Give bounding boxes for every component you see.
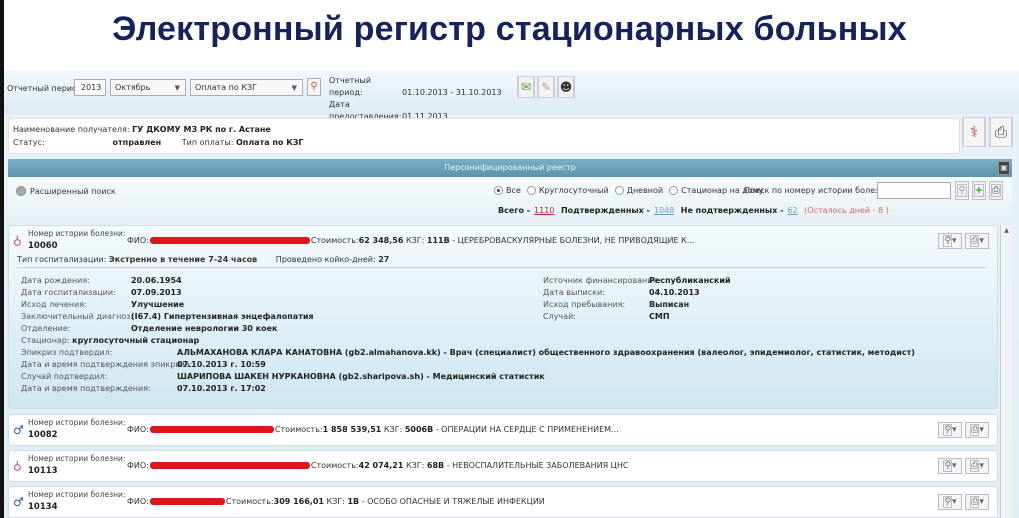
cost-label: Стоимость: [311, 236, 359, 245]
report-actions: ⚕ ⎙ [962, 117, 1013, 147]
view-dropdown-button[interactable]: ⚲▾ [938, 233, 962, 249]
record-summary: ФИО: Стоимость:62 348,56 КЗГ: 111В - ЦЕР… [127, 236, 694, 245]
history-label: Номер истории болезни: [28, 490, 125, 499]
records-list: ⚲ Номер истории болезни: 10060 ФИО: Стои… [8, 225, 998, 518]
cost-value: 42 074,21 [359, 461, 404, 470]
app-window: Отчетный период: 2013 Октябрь ▼ Оплата п… [4, 70, 1019, 518]
printer-icon: ⎙ [970, 235, 979, 247]
slide-title: Электронный регистр стационарных больных [0, 10, 1019, 49]
history-label: Номер истории болезни: [28, 454, 125, 463]
stationary-row: Стационар: круглосуточный стационар [21, 336, 199, 345]
male-icon: ♂ [13, 423, 24, 437]
register-header: Персонифицированный реестр ▣ [8, 159, 1012, 177]
plus-icon: + [974, 184, 984, 197]
record-card[interactable]: ⚲ Номер истории болезни: 10113 ФИО: Стои… [8, 450, 998, 482]
male-icon: ♂ [13, 495, 24, 509]
days-left: (Осталось дней - 8 ) [804, 206, 889, 215]
search-icon: ⚲ [957, 184, 966, 197]
paperclip-icon: ✎ [538, 76, 554, 98]
hosp-type-label: Тип госпитализации: [17, 255, 106, 264]
printer-icon: ⎙ [991, 184, 1001, 197]
search-icon: ⚲ [310, 81, 317, 92]
detail-row: Дата выписки:04.10.2013 [543, 288, 700, 297]
unconfirmed-label: Не подтвержденных - [681, 206, 784, 215]
detail-label: Дата госпитализации: [21, 288, 131, 297]
report-period-value: 01.10.2013 - 31.10.2013 [402, 88, 502, 97]
stationary-label: Стационар: [21, 336, 70, 345]
radio-day[interactable]: Дневной [615, 186, 663, 195]
radio-dot [615, 186, 624, 195]
chevron-down-icon: ▼ [175, 84, 180, 92]
advanced-search-label: Расширенный поиск [30, 187, 116, 196]
toolbar-actions: ✉ ✎ ☻ [517, 76, 575, 98]
printer-icon: ⎙ [990, 117, 1012, 147]
confirmation-value: 07.10.2013 г. 10:59 [177, 360, 266, 369]
filter-bar: Расширенный поиск Все Круглосуточный Дне… [8, 177, 1012, 223]
record-card[interactable]: ♂ Номер истории болезни: 10134 ФИО: Стои… [8, 486, 998, 518]
stationary-value: круглосуточный стационар [72, 336, 199, 345]
filter-actions: ⚲ + ⎙ [955, 181, 1003, 200]
printer-icon: ⎙ [970, 496, 979, 508]
detail-value: Выписан [649, 300, 689, 309]
detail-label: Исход пребывания: [543, 300, 649, 309]
record-actions: ⚲▾ ⎙▾ [938, 422, 989, 438]
kzg-code: 68В [427, 461, 444, 470]
print-button[interactable]: ⎙ [989, 181, 1003, 200]
records-scrollbar[interactable]: ▲ [1000, 225, 1012, 518]
detail-label: Отделение: [21, 324, 131, 333]
cost-value: 62 348,56 [359, 236, 404, 245]
detail-value: Республиканский [649, 276, 731, 285]
history-number: 10082 [28, 430, 58, 440]
confirmation-label: Дата и время подтверждения: [21, 384, 177, 393]
detail-row: Исход лечения:Улучшение [21, 300, 184, 309]
detail-row: Источник финансирования:Республиканский [543, 276, 731, 285]
report-period-label: Отчетный период: [329, 75, 402, 99]
detail-row: Заключительный диагноз:(I67.4) Гипертенз… [21, 312, 314, 321]
detail-row: Отделение:Отделение неврологии 30 коек [21, 324, 277, 333]
kzg-code: 5006В [405, 425, 433, 434]
kzg-description: - ОСОБО ОПАСНЫЕ И ТЯЖЕЛЫЕ ИНФЕКЦИИ [362, 497, 545, 506]
record-counts: Всего -1110 Подтвержденных -1048 Не подт… [498, 206, 889, 215]
cost-value: 1 858 539,51 [323, 425, 382, 434]
record-card[interactable]: ⚲ Номер истории болезни: 10060 ФИО: Стои… [8, 225, 998, 409]
confirmation-value: АЛЬМАХАНОВА КЛАРА КАНАТОВНА (gb2.almahan… [177, 348, 915, 357]
detail-label: Заключительный диагноз: [21, 312, 131, 321]
detail-value: Улучшение [131, 300, 184, 309]
female-icon: ⚲ [13, 459, 22, 473]
print-dropdown-button[interactable]: ⎙▾ [965, 422, 989, 438]
confirmation-value: 07.10.2013 г. 17:02 [177, 384, 266, 393]
radio-dot [669, 186, 678, 195]
kzg-description: - НЕВОСПАЛИТЕЛЬНЫЕ ЗАБОЛЕВАНИЯ ЦНС [447, 461, 629, 470]
detail-row: Дата рождения:20.06.1954 [21, 276, 182, 285]
female-icon: ⚲ [13, 234, 22, 248]
payment-type-value: Оплата по КЗГ [195, 83, 257, 92]
print-dropdown-button[interactable]: ⎙▾ [965, 494, 989, 510]
year-input[interactable]: 2013 [74, 79, 106, 96]
month-select[interactable]: Октябрь ▼ [110, 79, 186, 96]
payment-label: Тип оплаты: [182, 138, 234, 147]
kzg-code: 1В [347, 497, 359, 506]
printer-icon: ⎙ [970, 460, 979, 472]
view-dropdown-button[interactable]: ⚲▾ [938, 458, 962, 474]
confirmation-row: Эпикриз подтвердил:АЛЬМАХАНОВА КЛАРА КАН… [21, 348, 915, 357]
chevron-down-icon: ▼ [292, 84, 297, 92]
search-icon: ⚲ [943, 460, 952, 472]
recipient-name-value: ГУ ДКОМУ МЗ РК по г. Астане [132, 125, 271, 134]
redacted-name [150, 498, 225, 505]
collapse-button[interactable]: ▣ [998, 161, 1010, 175]
kzg-description: - ОПЕРАЦИИ НА СЕРДЦЕ С ПРИМЕНЕНИЕМ... [436, 425, 619, 434]
confirmation-label: Случай подтвердил: [21, 372, 177, 381]
redacted-name [150, 462, 310, 469]
fio-label: ФИО: [127, 461, 149, 470]
detail-label: Дата выписки: [543, 288, 649, 297]
detail-value: 20.06.1954 [131, 276, 182, 285]
printer-icon: ⎙ [970, 424, 979, 436]
attach-button[interactable]: ✎ [537, 76, 555, 98]
confirmation-value: ШАРИПОВА ШАКЕН НУРКАНОВНА (gb2.sharipova… [177, 372, 545, 381]
history-number: 10113 [28, 466, 58, 476]
record-summary: ФИО: Стоимость:1 858 539,51 КЗГ: 5006В -… [127, 425, 619, 434]
scroll-up-icon[interactable]: ▲ [1001, 225, 1012, 237]
kzg-label: КЗГ: [406, 461, 424, 470]
history-label: Номер истории болезни: [28, 229, 125, 238]
search-icon: ⚲ [943, 235, 952, 247]
detail-value: 04.10.2013 [649, 288, 700, 297]
redacted-name [150, 426, 274, 433]
history-number: 10134 [28, 502, 58, 512]
record-actions: ⚲▾ ⎙▾ [938, 233, 989, 249]
divider [17, 267, 987, 268]
history-search-label: Поиск по номеру истории болезни: [744, 186, 892, 195]
total-label: Всего - [498, 206, 530, 215]
radio-all[interactable]: Все [494, 186, 521, 195]
history-search-input[interactable] [877, 182, 951, 199]
fio-label: ФИО: [127, 236, 149, 245]
confirmation-label: Эпикриз подтвердил: [21, 348, 177, 357]
find-button[interactable]: ⚲ [955, 181, 969, 200]
confirmation-row: Дата и время подтверждения:07.10.2013 г.… [21, 384, 266, 393]
confirmed-label: Подтвержденных - [561, 206, 650, 215]
print-report-button[interactable]: ⎙ [989, 117, 1013, 147]
detail-value: 07.09.2013 [131, 288, 182, 297]
detail-row: Случай:СМП [543, 312, 670, 321]
view-dropdown-button[interactable]: ⚲▾ [938, 422, 962, 438]
radio-round-the-clock[interactable]: Круглосуточный [527, 186, 609, 195]
bed-days-value: 27 [378, 255, 389, 264]
record-card[interactable]: ♂ Номер истории болезни: 10082 ФИО: Стои… [8, 414, 998, 446]
hospitalization-info: Тип госпитализации: Экстренно в течение … [17, 255, 389, 264]
cost-label: Стоимость: [275, 425, 323, 434]
status-label: Статус: [13, 138, 110, 147]
detail-value: Отделение неврологии 30 коек [131, 324, 277, 333]
radio-label: Дневной [627, 186, 663, 195]
chart-icon: ⚕ [963, 117, 985, 147]
cost-label: Стоимость: [311, 461, 359, 470]
history-number: 10060 [28, 241, 58, 251]
report-period-info: Отчетный период:01.10.2013 - 31.10.2013 … [329, 75, 502, 123]
detail-label: Дата рождения: [21, 276, 131, 285]
detail-label: Исход лечения: [21, 300, 131, 309]
unconfirmed-count-link[interactable]: 62 [787, 206, 797, 215]
confirmation-label: Дата и время подтверждения эпикриза: [21, 360, 177, 369]
register-title: Персонифицированный реестр [444, 163, 576, 172]
record-summary: ФИО: Стоимость:309 166,01 КЗГ: 1В - ОСОБ… [127, 497, 545, 506]
confirmed-count-link[interactable]: 1048 [654, 206, 674, 215]
record-actions: ⚲▾ ⎙▾ [938, 494, 989, 510]
add-button[interactable]: + [972, 181, 986, 200]
status-value: отправлен [113, 138, 162, 147]
confirmation-row: Случай подтвердил:ШАРИПОВА ШАКЕН НУРКАНО… [21, 372, 545, 381]
detail-value: (I67.4) Гипертензивная энцефалопатия [131, 312, 314, 321]
envelope-icon: ✉ [518, 76, 534, 98]
print-dropdown-button[interactable]: ⎙▾ [965, 458, 989, 474]
toolbar: Отчетный период: 2013 Октябрь ▼ Оплата п… [4, 70, 1019, 114]
user-button[interactable]: ☻ [557, 76, 575, 98]
payment-type-select[interactable]: Оплата по КЗГ ▼ [190, 79, 303, 96]
expand-icon [16, 186, 26, 196]
user-icon: ☻ [558, 76, 574, 98]
search-icon: ⚲ [943, 496, 952, 508]
view-dropdown-button[interactable]: ⚲▾ [938, 494, 962, 510]
kzg-code: 111В [427, 236, 450, 245]
payment-value: Оплата по КЗГ [236, 138, 304, 147]
fio-label: ФИО: [127, 425, 149, 434]
print-dropdown-button[interactable]: ⎙▾ [965, 233, 989, 249]
month-value: Октябрь [115, 83, 150, 92]
report-chart-button[interactable]: ⚕ [962, 117, 986, 147]
kzg-label: КЗГ: [384, 425, 402, 434]
kzg-label: КЗГ: [406, 236, 424, 245]
confirmation-row: Дата и время подтверждения эпикриза:07.1… [21, 360, 266, 369]
cost-label: Стоимость: [226, 497, 274, 506]
bed-days-label: Проведено койко-дней: [276, 255, 376, 264]
detail-row: Исход пребывания:Выписан [543, 300, 689, 309]
redacted-name [150, 237, 310, 244]
radio-label: Все [506, 186, 521, 195]
recipient-panel: Наименование получателя: ГУ ДКОМУ МЗ РК … [8, 118, 960, 154]
search-icon: ⚲ [943, 424, 952, 436]
total-count-link[interactable]: 1110 [534, 206, 554, 215]
detail-row: Дата госпитализации:07.09.2013 [21, 288, 182, 297]
detail-label: Источник финансирования: [543, 276, 649, 285]
stationary-type-radios: Все Круглосуточный Дневной Стационар на … [494, 186, 763, 195]
search-button[interactable]: ⚲ [307, 78, 321, 96]
kzg-label: КЗГ: [327, 497, 345, 506]
send-report-button[interactable]: ✉ [517, 76, 535, 98]
record-actions: ⚲▾ ⎙▾ [938, 458, 989, 474]
advanced-search-toggle[interactable]: Расширенный поиск [16, 186, 116, 196]
detail-value: СМП [649, 312, 670, 321]
detail-label: Случай: [543, 312, 649, 321]
recipient-name-label: Наименование получателя: [13, 125, 130, 134]
fio-label: ФИО: [127, 497, 149, 506]
kzg-description: - ЦЕРЕБРОВАСКУЛЯРНЫЕ БОЛЕЗНИ, НЕ ПРИВОДЯ… [452, 236, 694, 245]
radio-label: Круглосуточный [539, 186, 609, 195]
radio-dot [494, 186, 503, 195]
hosp-type-value: Экстренно в течение 7-24 часов [109, 255, 257, 264]
record-summary: ФИО: Стоимость:42 074,21 КЗГ: 68В - НЕВО… [127, 461, 629, 470]
history-label: Номер истории болезни: [28, 418, 125, 427]
cost-value: 309 166,01 [274, 497, 324, 506]
radio-dot [527, 186, 536, 195]
